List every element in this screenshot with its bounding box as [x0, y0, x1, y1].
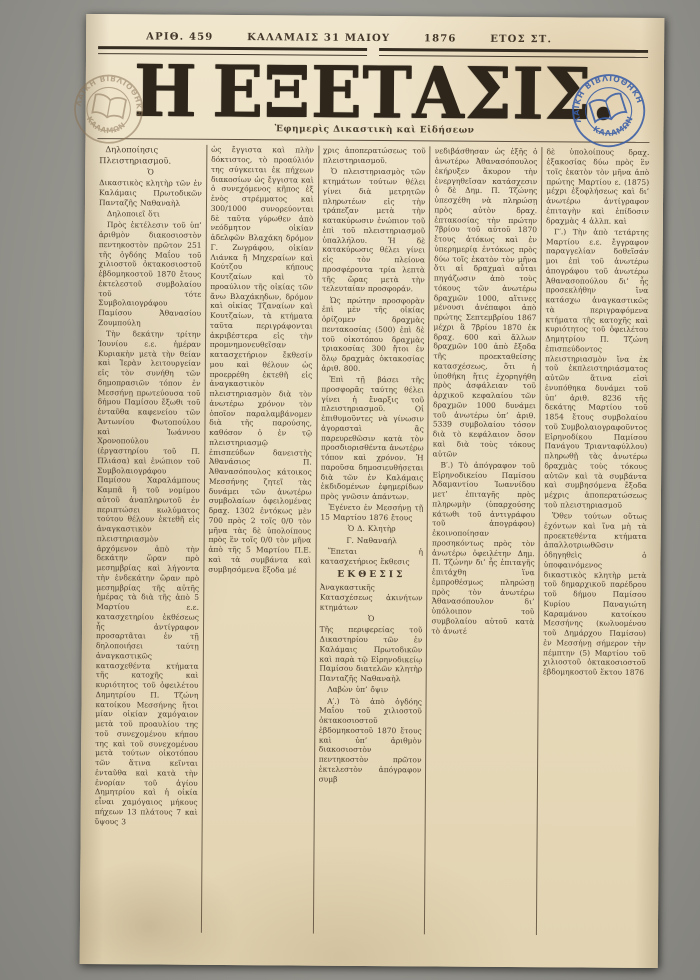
text-block: Δικαστικὸς κλητὴρ τῶν ἐν Καλάμαις Πρωτοδ…: [99, 178, 202, 208]
text-block: Τὴν δεκάτην τρίτην Ἰουνίου ε.ε. ἡμέραν Κ…: [95, 329, 201, 827]
text-block: Πρὸς ἐκτέλεσιν τοῦ ὑπ’ ἀριθμὸν διακοσιοσ…: [98, 220, 202, 328]
text-block: Δηλοποιεῖ ὅτι: [99, 209, 202, 219]
text-block: Ἐπὶ τῇ βάσει τῆς προσφορᾶς ταύτης θέλει …: [321, 375, 425, 502]
text-block: Γ′.) Τὴν ἀπὸ τετάρτης Μαρτίου ε.ε. ἔγγρα…: [544, 227, 649, 510]
text-block: Τῆς περιφερείας τοῦ Δικαστηρίου τῶν ἐν Κ…: [319, 625, 422, 684]
article-columns: Δηλοποίησις Πλειστηριασμοῦ.ὉΔικαστικὸς κ…: [80, 139, 664, 936]
text-block: Γ. Ναθαναήλ: [320, 535, 423, 545]
text-block: δὲ ὑπολοίπους δραχ. ἑξακοσίας δύω πρὸς ἓ…: [546, 148, 649, 227]
text-block: Λαβὼν ὑπ’ ὄψιν: [319, 685, 422, 695]
column-5: δὲ ὑπολοίπους δραχ. ἑξακοσίας δύω πρὸς ἓ…: [536, 147, 653, 936]
text-block: Ἐγένετο ἐν Μεσσήνῃ τῇ 15 Μαρτίου 1876 ἔτ…: [320, 503, 423, 523]
round-stamp-icon: ΛΑΪΚΗ ΒΙΒΛΙΟΘΗΚΗ ΚΑΛΑΜΩΝ: [68, 68, 149, 149]
column-2: ὡς ἔγγιστα καὶ πλὴν δόκτιστος, τὸ προαύλ…: [201, 145, 318, 934]
text-block: Ὁ Δ. Κλητὴρ: [320, 524, 423, 534]
text-block: Ὁ πλειστηριασμὸς τῶν κτημάτων τούτων θέλ…: [322, 167, 426, 294]
text-block: Α′.) Τὸ ἀπὸ ὀγδόης Μαΐου τοῦ χιλιοστοῦ ὀ…: [319, 696, 422, 784]
text-block: Β′.) Τὸ ἀπόγραφον τοῦ Εἰρηνοδικείου Παμί…: [431, 460, 535, 636]
column-3: χρις ἀποπερατώσεως τοῦ πλειστηριασμοῦ.Ὁ …: [313, 146, 430, 935]
column-1: Δηλοποίησις Πλειστηριασμοῦ.ὉΔικαστικὸς κ…: [90, 144, 206, 933]
issue-number: ΑΡΙΘ. 459: [146, 31, 213, 42]
text-block: Ὅθεν τούτων οὕτως ἐχόντων καὶ ἵνα μὴ τὰ …: [543, 511, 647, 677]
place-date: ΚΑΛΑΜΑΙΣ 31 ΜΑΙΟΥ: [247, 32, 390, 44]
text-block: ΕΚΘΕΣΙΣ: [320, 569, 423, 582]
text-block: Ὁ: [320, 614, 423, 624]
text-block: Ἀναγκαστικῆς Κατασχέσεως ἀκινήτων κτημάτ…: [320, 583, 423, 613]
text-block: Ἕπεται ἡ κατασχετήριος ἔκθεσις: [320, 546, 423, 566]
text-block: Δηλοποίησις Πλειστηριασμοῦ.: [99, 144, 202, 166]
column-4: νεδιβάσθησαν ὡς ἑξῆς ὁ ἀνωτέρω Ἀθανασόπο…: [424, 147, 541, 936]
newspaper-page: ΑΡΙΘ. 459 ΚΑΛΑΜΑΙΣ 31 ΜΑΙΟΥ 1876 ΕΤΟΣ ΣΤ…: [80, 14, 665, 968]
text-block: νεδιβάσθησαν ὡς ἑξῆς ὁ ἀνωτέρω Ἀθανασόπο…: [433, 147, 538, 460]
text-block: χρις ἀποπερατώσεως τοῦ πλειστηριασμοῦ.: [323, 146, 426, 166]
era-label: ΕΤΟΣ ΣΤ.: [490, 34, 552, 45]
text-block: ὡς ἔγγιστα καὶ πλὴν δόκτιστος, τὸ προαύλ…: [208, 145, 314, 575]
text-block: Ὁ: [99, 167, 202, 177]
text-block: Ὡς πρώτην προσφορὰν ἐπὶ μὲν τῆς οἰκίας ὁ…: [321, 295, 424, 374]
year: 1876: [424, 33, 457, 44]
library-stamp-faded: ΛΑΪΚΗ ΒΙΒΛΙΟΘΗΚΗ ΚΑΛΑΜΩΝ: [68, 68, 149, 149]
issue-info-row: ΑΡΙΘ. 459 ΚΑΛΑΜΑΙΣ 31 ΜΑΙΟΥ 1876 ΕΤΟΣ ΣΤ…: [86, 14, 664, 46]
